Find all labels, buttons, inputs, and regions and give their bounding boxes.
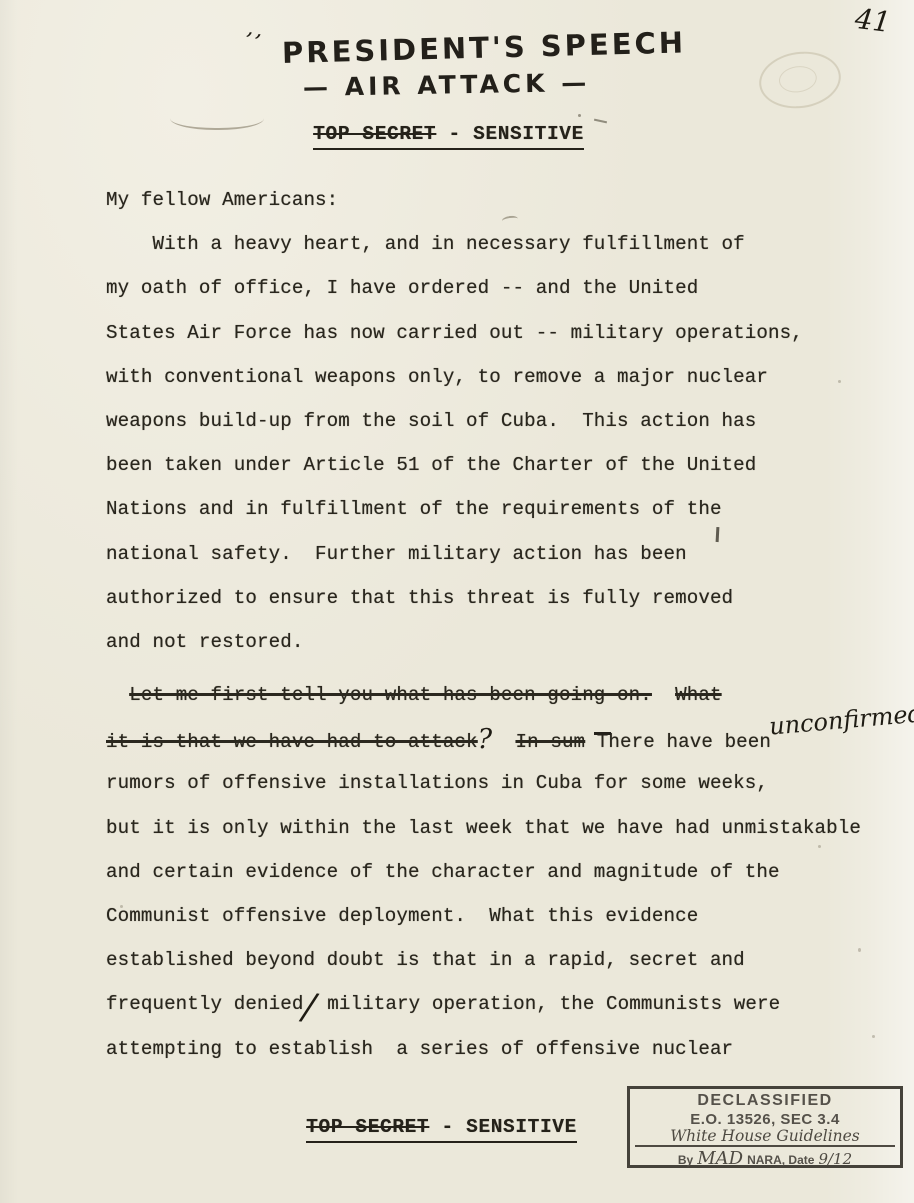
declassification-stamp: DECLASSIFIED E.O. 13526, SEC 3.4 White H… (627, 1086, 903, 1168)
text-line: but it is only within the last week that… (106, 806, 886, 850)
classification-rest-text: SENSITIVE (473, 123, 584, 145)
document-page: ’’ PRESIDENT'S SPEECH — AIR ATTACK — 41 … (0, 0, 914, 1203)
text-line: frequently denied/ military operation, t… (106, 982, 886, 1026)
paper-speck (872, 1035, 875, 1038)
handwritten-title-line2: — AIR ATTACK — (303, 68, 591, 102)
faint-pen-dot (578, 114, 581, 117)
text-line: With a heavy heart, and in necessary ful… (106, 222, 886, 266)
text-line: attempting to establish a series of offe… (106, 1027, 886, 1071)
classification-header: TOP SECRET - SENSITIVE (264, 101, 584, 172)
handwritten-page-number: 41 (853, 2, 892, 39)
stamp-by-label: By (678, 1153, 693, 1167)
text-line: authorized to ensure that this threat is… (106, 576, 886, 620)
handwritten-title-line1: PRESIDENT'S SPEECH (282, 25, 687, 70)
stamp-declassified-text: DECLASSIFIED (630, 1092, 900, 1110)
faint-pen-dash (594, 119, 607, 124)
text-line: Communist offensive deployment. What thi… (106, 894, 886, 938)
text-line: national safety. Further military action… (106, 532, 886, 576)
text-line: and not restored. (106, 620, 886, 664)
text-line: been taken under Article 51 of the Chart… (106, 443, 886, 487)
stamp-by-line: By MAD NARA, Date 9/12 (630, 1148, 900, 1169)
classification-footer-struck-text: TOP SECRET (306, 1116, 429, 1138)
stamp-eo-text: E.O. 13526, SEC 3.4 (630, 1111, 900, 1128)
handwritten-tick-marks: ’’ (242, 28, 265, 56)
text-line: with conventional weapons only, to remov… (106, 355, 886, 399)
faint-pen-curve (170, 106, 264, 130)
text-line: established beyond doubt is that in a ra… (106, 938, 886, 982)
stamp-handwritten-date: 9/12 (818, 1150, 852, 1168)
classification-footer: TOP SECRET - SENSITIVE (257, 1094, 577, 1165)
text-line: Nations and in fulfillment of the requir… (106, 487, 886, 531)
faint-embossed-seal (756, 47, 845, 114)
classification-struck-text: TOP SECRET (313, 123, 436, 145)
stamp-nara-date-label: NARA, Date (747, 1153, 814, 1167)
paper-speck (858, 948, 861, 952)
text-line: my oath of office, I have ordered -- and… (106, 266, 886, 310)
classification-separator: - (436, 123, 473, 145)
body-text: My fellow Americans: With a heavy heart,… (106, 178, 886, 1071)
paper-speck (838, 380, 841, 383)
text-line: Let me first tell you what has been goin… (106, 673, 886, 717)
text-line: My fellow Americans: (106, 178, 886, 222)
classification-footer-text: TOP SECRET - SENSITIVE (306, 1116, 577, 1143)
stamp-handwritten-initials: MAD (697, 1148, 743, 1169)
text-line: States Air Force has now carried out -- … (106, 311, 886, 355)
classification-header-text: TOP SECRET - SENSITIVE (313, 123, 584, 150)
stamp-handwritten-guidelines: White House Guidelines (635, 1128, 894, 1147)
classification-footer-separator: - (429, 1116, 466, 1138)
text-line: and certain evidence of the character an… (106, 850, 886, 894)
classification-footer-rest-text: SENSITIVE (466, 1116, 577, 1138)
text-line: weapons build-up from the soil of Cuba. … (106, 399, 886, 443)
text-line: rumors of offensive installations in Cub… (106, 761, 886, 805)
paper-speck (120, 905, 123, 908)
paper-speck (818, 845, 821, 848)
